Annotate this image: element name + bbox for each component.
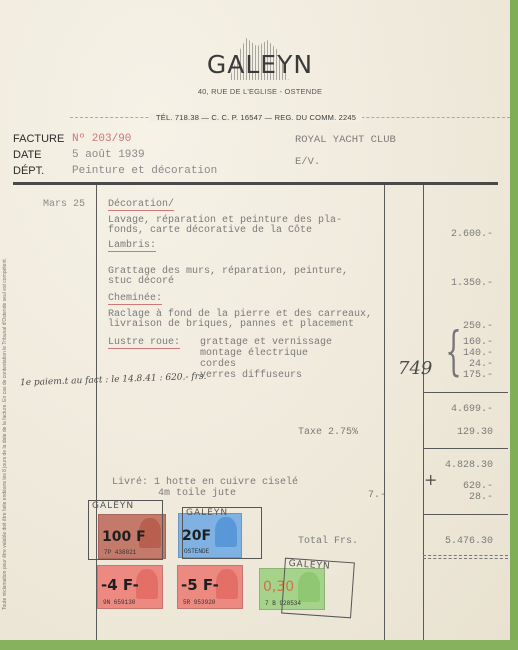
fiscal-stamp-4f: -4 F- 9N 659130 [97,565,163,609]
lustre-item-3: cordes [200,359,236,370]
client-ref: E/V. [295,156,320,168]
total-rule [423,514,508,515]
total-label: Total Frs. [298,536,358,547]
tax-label: Taxe 2.75% [298,427,358,438]
lustre-item-1: grattage et vernissage [200,337,332,348]
delivered-amount-2: 28.- [423,492,493,503]
cancellation-mark-3: GALEYN [281,558,355,619]
tax-amount: 129.30 [423,427,493,438]
company-address: 40, RUE DE L'EGLISE - OSTENDE [150,87,370,96]
delivered-line-1: Livré: 1 hotte en cuivre ciselé [112,477,298,488]
client-name: ROYAL YACHT CLUB [295,134,396,146]
section-decoration-heading: Décoration/ [108,199,174,211]
company-logo: GALEYN [200,38,320,90]
delivered-amount-1: 620.- [423,481,493,492]
cancellation-mark-2: GALEYN [182,507,262,559]
total-amount: 5.476.30 [423,536,493,547]
stamp-portrait-icon [216,569,238,599]
handwritten-payment-note: 1e paiem.t au fact : le 14.8.41 : 620.- … [20,372,207,389]
lambris-amount: 1.350.- [423,278,493,289]
stamp-value: -5 F- [181,576,219,594]
dept-value: Peinture et décoration [72,165,217,177]
total-double-rule [423,555,508,559]
invoice-paper: GALEYN 40, RUE DE L'EGLISE - OSTENDE TÉL… [0,0,510,640]
entry-date: Mars 25 [43,199,85,210]
delivered-line-2: 4m toile jute [158,488,236,499]
background-green-right [510,0,518,650]
facture-number: Nº 203/90 [72,133,131,145]
company-name: GALEYN [200,50,320,79]
stamp-value: -4 F- [101,576,139,594]
legal-margin-note: Toute réclamation pour être valable doit… [2,200,9,610]
date-label: DATE [13,149,42,161]
lustre-item-4: verres diffuseurs [200,370,302,381]
company-contact: TÉL. 718.38 — C. C. P. 16547 — REG. DU C… [150,113,362,122]
subtotal-rule [423,392,508,393]
handwritten-sum: 749 [398,358,432,379]
fiscal-stamp-5f: -5 F- 5R 953920 [177,565,243,609]
section-cheminee-heading: Cheminée: [108,293,162,305]
cheminee-line-2: livraison de briques, pannes et placemen… [108,319,354,330]
handwritten-brace: { [445,322,462,382]
dept-label: DÉPT. [13,165,44,177]
facture-label: FACTURE [13,133,64,145]
cancellation-mark-1: GALEYN [88,500,163,560]
subtotal-amount: 4.699.- [423,404,493,415]
section-lambris-heading: Lambris: [108,240,156,252]
background-green-bottom [0,640,518,650]
lustre-item-2: montage électrique [200,348,308,359]
section-lustre-heading: Lustre roue: [108,337,180,349]
lambris-line-2: stuc décoré [108,276,174,287]
tax-rule [423,448,508,449]
date-value: 5 août 1939 [72,149,145,161]
stamp-serial: 5R 953920 [183,599,215,606]
decoration-line-2: fonds, carte décorative de la Côte [108,225,312,236]
stamp-portrait-icon [136,569,158,599]
decoration-amount: 2.600.- [423,229,493,240]
delivered-unit-price: 7.- [326,490,386,501]
header-rule [13,182,498,185]
stamp-serial: 9N 659130 [103,599,135,606]
qty-column-line [384,185,385,640]
